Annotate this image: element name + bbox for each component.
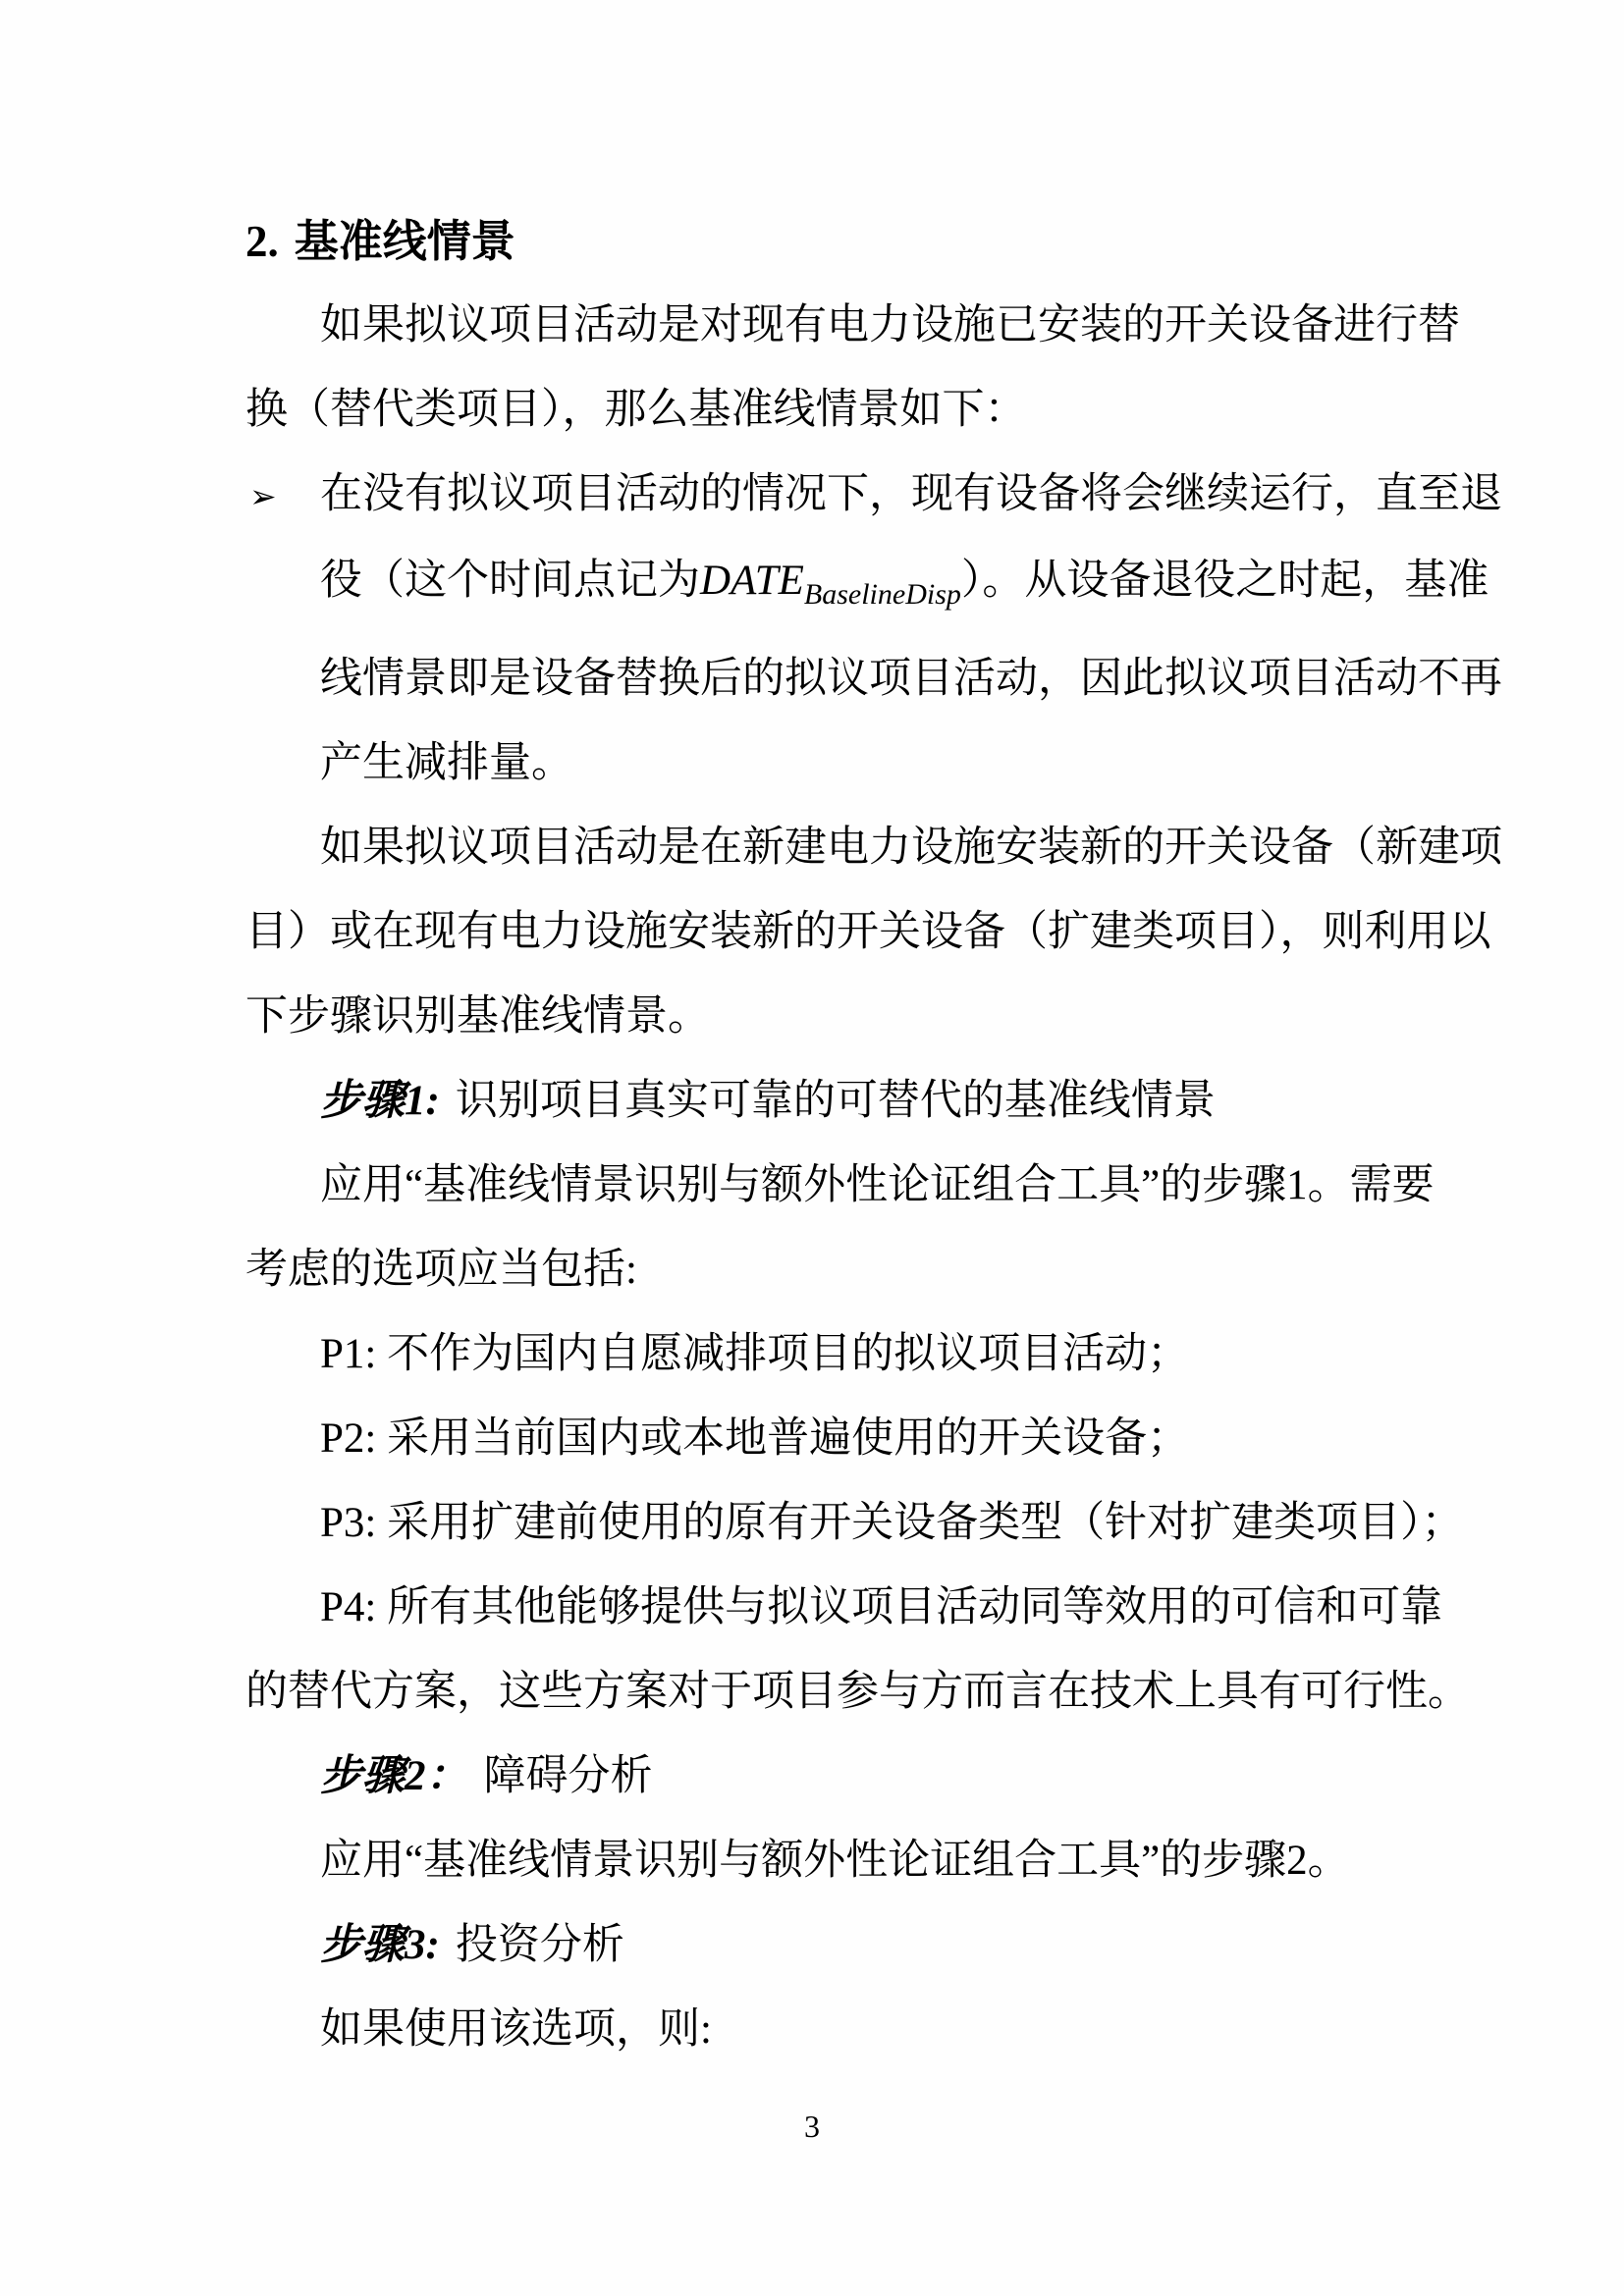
bullet-line: ➢在没有拟议项目活动的情况下，现有设备将会继续运行，直至退: [245, 453, 1394, 539]
option-line: P2: 采用当前国内或本地普遍使用的开关设备；: [245, 1397, 1394, 1481]
section-number: 2.: [245, 199, 279, 284]
text-run: 役（这个时间点记为: [320, 558, 700, 604]
step-label: 步骤3:: [320, 1922, 440, 1968]
paragraph-line: 换（替代类项目），那么基准线情景如下：: [245, 368, 1394, 453]
arrow-bullet-icon: ➢: [249, 454, 320, 539]
formula-variable: DATE: [700, 558, 804, 604]
paragraph-line: 的替代方案，这些方案对于项目参与方而言在技术上具有可行性。: [245, 1650, 1394, 1735]
paragraph-line: 如果拟议项目活动是对现有电力设施已安装的开关设备进行替: [245, 284, 1394, 368]
paragraph-line: 如果使用该选项，则:: [245, 1988, 1394, 2072]
formula-subscript: BaselineDisp: [804, 578, 961, 611]
text-block: 2.基准线情景 如果拟议项目活动是对现有电力设施已安装的开关设备进行替 换（替代…: [245, 199, 1394, 2072]
paragraph-line: 如果拟议项目活动是在新建电力设施安装新的开关设备（新建项: [245, 806, 1394, 890]
option-line: P4: 所有其他能够提供与拟议项目活动同等效用的可信和可靠: [245, 1566, 1394, 1650]
step-heading: 步骤1:识别项目真实可靠的可替代的基准线情景: [245, 1059, 1394, 1144]
step-label: 步骤2：: [320, 1753, 468, 1799]
paragraph-line: 役（这个时间点记为DATEBaselineDisp）。从设备退役之时起，基准: [245, 539, 1394, 637]
paragraph-line: 应用“基准线情景识别与额外性论证组合工具”的步骤1。需要: [245, 1144, 1394, 1228]
page-number: 3: [0, 2107, 1624, 2146]
step-label: 步骤1:: [320, 1078, 440, 1124]
paragraph-line: 下步骤识别基准线情景。: [245, 975, 1394, 1059]
section-heading: 2.基准线情景: [245, 199, 1394, 284]
paragraph-line: 应用“基准线情景识别与额外性论证组合工具”的步骤2。: [245, 1819, 1394, 1903]
paragraph-line: 线情景即是设备替换后的拟议项目活动，因此拟议项目活动不再: [245, 637, 1394, 721]
step-heading: 步骤2：障碍分析: [245, 1735, 1394, 1819]
bullet-text: 在没有拟议项目活动的情况下，现有设备将会继续运行，直至退: [320, 471, 1502, 517]
option-line: P3: 采用扩建前使用的原有开关设备类型（针对扩建类项目）；: [245, 1481, 1394, 1566]
step-title: 投资分析: [456, 1922, 624, 1968]
option-line: P1: 不作为国内自愿减排项目的拟议项目活动；: [245, 1312, 1394, 1397]
step-title: 识别项目真实可靠的可替代的基准线情景: [456, 1078, 1216, 1124]
step-heading: 步骤3:投资分析: [245, 1903, 1394, 1988]
document-page: 2.基准线情景 如果拟议项目活动是对现有电力设施已安装的开关设备进行替 换（替代…: [0, 0, 1624, 2296]
section-title: 基准线情景: [295, 217, 515, 266]
paragraph-line: 考虑的选项应当包括:: [245, 1228, 1394, 1312]
paragraph-line: 产生减排量。: [245, 721, 1394, 806]
text-run: ）。从设备退役之时起，基准: [961, 558, 1489, 604]
paragraph-line: 目）或在现有电力设施安装新的开关设备（扩建类项目），则利用以: [245, 890, 1394, 975]
step-title: 障碍分析: [484, 1753, 653, 1799]
